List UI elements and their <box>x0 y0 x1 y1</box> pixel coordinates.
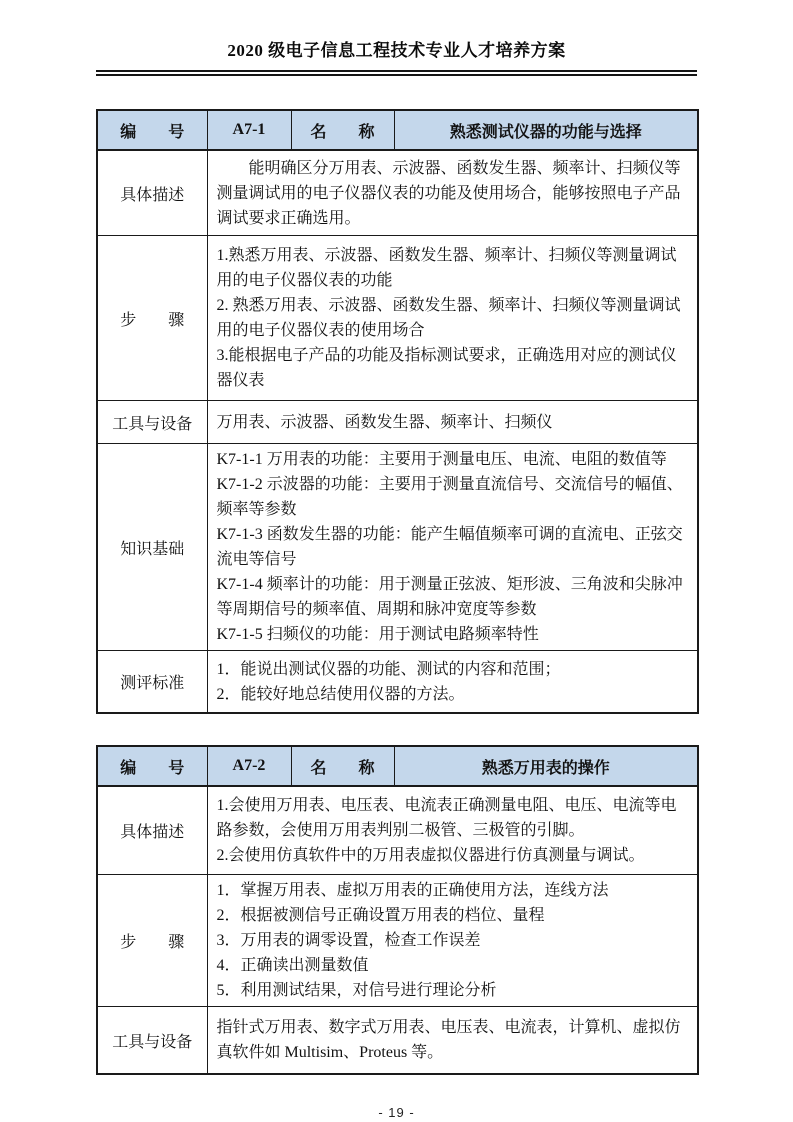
row-content-knowledge: K7-1-1 万用表的功能：主要用于测量电压、电流、电阻的数值等 K7-1-2 … <box>207 444 698 651</box>
table-row-steps: 步 骤 1．掌握万用表、虚拟万用表的正确使用方法，连线方法 2．根据被测信号正确… <box>97 875 698 1007</box>
row-content-description: 1.会使用万用表、电压表、电流表正确测量电阻、电压、电流等电路参数，会使用万用表… <box>207 786 698 875</box>
row-label-description: 具体描述 <box>97 150 207 236</box>
table-row-tools: 工具与设备 万用表、示波器、函数发生器、频率计、扫频仪 <box>97 401 698 444</box>
row-content-assessment: 1．能说出测试仪器的功能、测试的内容和范围； 2．能较好地总结使用仪器的方法。 <box>207 651 698 714</box>
number-label-cell: 编 号 <box>97 746 207 786</box>
table-row-steps: 步 骤 1.熟悉万用表、示波器、函数发生器、频率计、扫频仪等测量调试用的电子仪器… <box>97 236 698 401</box>
table-header-row: 编 号 A7-1 名 称 熟悉测试仪器的功能与选择 <box>97 110 698 150</box>
task-id-cell: A7-2 <box>207 746 291 786</box>
row-label-assessment: 测评标准 <box>97 651 207 714</box>
row-label-steps: 步 骤 <box>97 236 207 401</box>
header-divider <box>96 70 697 76</box>
table-header-row: 编 号 A7-2 名 称 熟悉万用表的操作 <box>97 746 698 786</box>
name-label-cell: 名 称 <box>291 746 394 786</box>
row-content-steps: 1．掌握万用表、虚拟万用表的正确使用方法，连线方法 2．根据被测信号正确设置万用… <box>207 875 698 1007</box>
task-title-cell: 熟悉万用表的操作 <box>394 746 698 786</box>
table-row-assessment: 测评标准 1．能说出测试仪器的功能、测试的内容和范围； 2．能较好地总结使用仪器… <box>97 651 698 714</box>
task-table-a7-2: 编 号 A7-2 名 称 熟悉万用表的操作 具体描述 1.会使用万用表、电压表、… <box>96 745 699 1075</box>
row-label-tools: 工具与设备 <box>97 401 207 444</box>
table-row-tools: 工具与设备 指针式万用表、数字式万用表、电压表、电流表，计算机、虚拟仿真软件如 … <box>97 1007 698 1075</box>
page-title: 2020 级电子信息工程技术专业人才培养方案 <box>96 36 697 61</box>
row-label-tools: 工具与设备 <box>97 1007 207 1075</box>
row-content-tools: 万用表、示波器、函数发生器、频率计、扫频仪 <box>207 401 698 444</box>
row-label-knowledge: 知识基础 <box>97 444 207 651</box>
row-label-steps: 步 骤 <box>97 875 207 1007</box>
name-label-cell: 名 称 <box>291 110 394 150</box>
row-content-steps: 1.熟悉万用表、示波器、函数发生器、频率计、扫频仪等测量调试用的电子仪器仪表的功… <box>207 236 698 401</box>
row-label-description: 具体描述 <box>97 786 207 875</box>
row-content-description: 能明确区分万用表、示波器、函数发生器、频率计、扫频仪等测量调试用的电子仪器仪表的… <box>207 150 698 236</box>
number-label-cell: 编 号 <box>97 110 207 150</box>
task-id-cell: A7-1 <box>207 110 291 150</box>
table-row-knowledge: 知识基础 K7-1-1 万用表的功能：主要用于测量电压、电流、电阻的数值等 K7… <box>97 444 698 651</box>
row-content-tools: 指针式万用表、数字式万用表、电压表、电流表，计算机、虚拟仿真软件如 Multis… <box>207 1007 698 1075</box>
page-number: - 19 - <box>96 1105 697 1120</box>
table-row-description: 具体描述 1.会使用万用表、电压表、电流表正确测量电阻、电压、电流等电路参数，会… <box>97 786 698 875</box>
task-table-a7-1: 编 号 A7-1 名 称 熟悉测试仪器的功能与选择 具体描述 能明确区分万用表、… <box>96 109 699 714</box>
task-title-cell: 熟悉测试仪器的功能与选择 <box>394 110 698 150</box>
table-row-description: 具体描述 能明确区分万用表、示波器、函数发生器、频率计、扫频仪等测量调试用的电子… <box>97 150 698 236</box>
document-page: 2020 级电子信息工程技术专业人才培养方案 编 号 A7-1 名 称 熟悉测试… <box>96 0 697 1120</box>
